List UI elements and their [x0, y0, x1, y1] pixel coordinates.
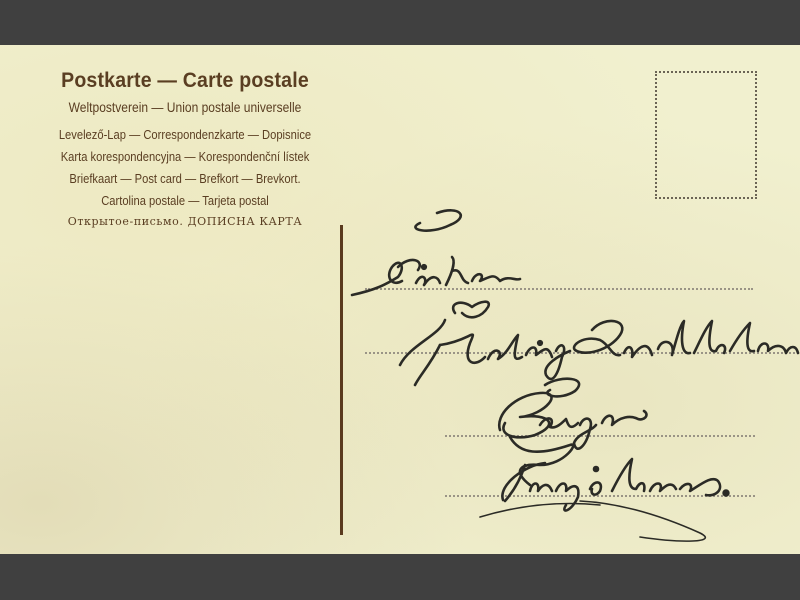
handwriting-froken: [352, 210, 520, 295]
handwriting-vingaker: [480, 437, 728, 541]
postcard-back: Postkarte — Carte postale Weltpostverein…: [0, 45, 800, 554]
handwritten-address: [0, 45, 800, 554]
handwriting-hedvig-lindblom: [400, 302, 798, 385]
handwriting-berga: [499, 379, 646, 449]
